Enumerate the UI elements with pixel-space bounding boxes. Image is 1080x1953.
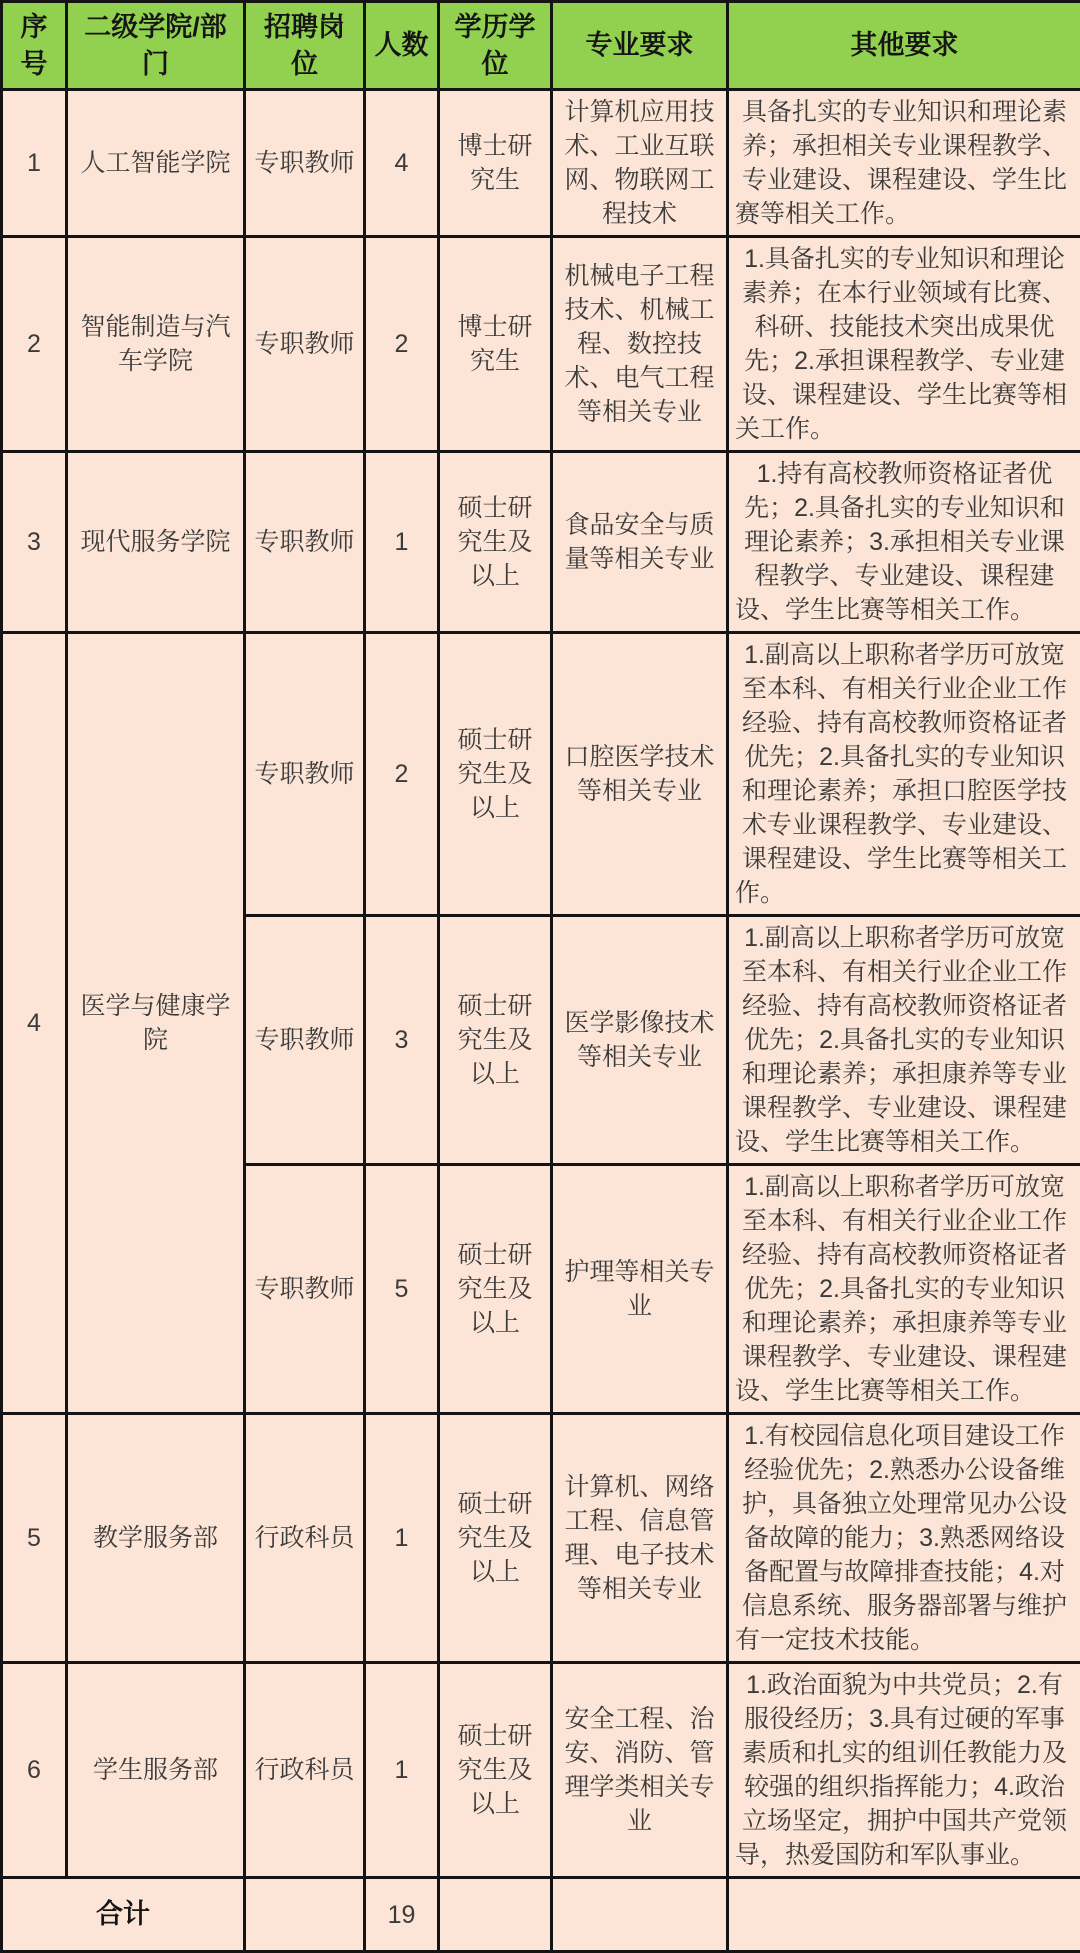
cell-degree: 博士研究生	[439, 90, 552, 237]
cell-major: 护理等相关专业	[552, 1165, 728, 1414]
total-label: 合计	[2, 1878, 245, 1952]
cell-post: 专职教师	[245, 90, 365, 237]
cell-count: 4	[365, 90, 439, 237]
cell-no: 3	[2, 452, 67, 633]
total-empty-major	[552, 1878, 728, 1952]
cell-count: 1	[365, 452, 439, 633]
cell-college: 学生服务部	[67, 1663, 245, 1878]
cell-no: 6	[2, 1663, 67, 1878]
cell-post: 专职教师	[245, 237, 365, 452]
col-header-degree: 学历学位	[439, 2, 552, 90]
cell-other: 1.副高以上职称者学历可放宽至本科、有相关行业企业工作经验、持有高校教师资格证者…	[728, 1165, 1080, 1414]
cell-other: 1.持有高校教师资格证者优先；2.具备扎实的专业知识和理论素养；3.承担相关专业…	[728, 452, 1080, 633]
cell-no: 1	[2, 90, 67, 237]
col-header-index: 序号	[2, 2, 67, 90]
cell-degree: 硕士研究生及以上	[439, 1414, 552, 1663]
cell-other: 具备扎实的专业知识和理论素养；承担相关专业课程教学、专业建设、课程建设、学生比赛…	[728, 90, 1080, 237]
table-row: 5 教学服务部 行政科员 1 硕士研究生及以上 计算机、网络工程、信息管理、电子…	[2, 1414, 1080, 1663]
cell-major: 安全工程、治安、消防、管理学类相关专业	[552, 1663, 728, 1878]
cell-degree: 博士研究生	[439, 237, 552, 452]
cell-college: 教学服务部	[67, 1414, 245, 1663]
cell-no: 2	[2, 237, 67, 452]
cell-major: 计算机应用技术、工业互联网、物联网工程技术	[552, 90, 728, 237]
cell-post: 行政科员	[245, 1414, 365, 1663]
cell-count: 1	[365, 1414, 439, 1663]
table-row: 2 智能制造与汽车学院 专职教师 2 博士研究生 机械电子工程技术、机械工程、数…	[2, 237, 1080, 452]
table-row: 4 医学与健康学院 专职教师 2 硕士研究生及以上 口腔医学技术等相关专业 1.…	[2, 633, 1080, 916]
col-header-other: 其他要求	[728, 2, 1080, 90]
cell-post: 专职教师	[245, 1165, 365, 1414]
cell-post: 行政科员	[245, 1663, 365, 1878]
table-row: 3 现代服务学院 专职教师 1 硕士研究生及以上 食品安全与质量等相关专业 1.…	[2, 452, 1080, 633]
cell-count: 2	[365, 633, 439, 916]
cell-college: 人工智能学院	[67, 90, 245, 237]
cell-count: 3	[365, 916, 439, 1165]
cell-count: 2	[365, 237, 439, 452]
cell-college: 现代服务学院	[67, 452, 245, 633]
col-header-post: 招聘岗位	[245, 2, 365, 90]
total-count: 19	[365, 1878, 439, 1952]
cell-degree: 硕士研究生及以上	[439, 633, 552, 916]
cell-major: 计算机、网络工程、信息管理、电子技术等相关专业	[552, 1414, 728, 1663]
cell-degree: 硕士研究生及以上	[439, 452, 552, 633]
cell-no: 5	[2, 1414, 67, 1663]
col-header-college: 二级学院/部门	[67, 2, 245, 90]
cell-count: 1	[365, 1663, 439, 1878]
cell-other: 1.具备扎实的专业知识和理论素养；在本行业领域有比赛、科研、技能技术突出成果优先…	[728, 237, 1080, 452]
cell-degree: 硕士研究生及以上	[439, 1663, 552, 1878]
cell-count: 5	[365, 1165, 439, 1414]
cell-post: 专职教师	[245, 916, 365, 1165]
header-row: 序号 二级学院/部门 招聘岗位 人数 学历学位 专业要求 其他要求	[2, 2, 1080, 90]
cell-degree: 硕士研究生及以上	[439, 916, 552, 1165]
col-header-count: 人数	[365, 2, 439, 90]
total-empty-degree	[439, 1878, 552, 1952]
cell-college: 智能制造与汽车学院	[67, 237, 245, 452]
cell-other: 1.政治面貌为中共党员；2.有服役经历；3.具有过硬的军事素质和扎实的组训任教能…	[728, 1663, 1080, 1878]
cell-degree: 硕士研究生及以上	[439, 1165, 552, 1414]
cell-post: 专职教师	[245, 452, 365, 633]
total-row: 合计 19	[2, 1878, 1080, 1952]
cell-post: 专职教师	[245, 633, 365, 916]
cell-other: 1.副高以上职称者学历可放宽至本科、有相关行业企业工作经验、持有高校教师资格证者…	[728, 916, 1080, 1165]
cell-other: 1.有校园信息化项目建设工作经验优先；2.熟悉办公设备维护，具备独立处理常见办公…	[728, 1414, 1080, 1663]
cell-no: 4	[2, 633, 67, 1414]
total-empty-other	[728, 1878, 1080, 1952]
recruitment-table: 序号 二级学院/部门 招聘岗位 人数 学历学位 专业要求 其他要求 1 人工智能…	[0, 0, 1080, 1953]
cell-other: 1.副高以上职称者学历可放宽至本科、有相关行业企业工作经验、持有高校教师资格证者…	[728, 633, 1080, 916]
table-row: 1 人工智能学院 专职教师 4 博士研究生 计算机应用技术、工业互联网、物联网工…	[2, 90, 1080, 237]
recruitment-sheet: 序号 二级学院/部门 招聘岗位 人数 学历学位 专业要求 其他要求 1 人工智能…	[0, 0, 1080, 1674]
cell-major: 机械电子工程技术、机械工程、数控技术、电气工程等相关专业	[552, 237, 728, 452]
cell-major: 医学影像技术等相关专业	[552, 916, 728, 1165]
cell-major: 食品安全与质量等相关专业	[552, 452, 728, 633]
col-header-major: 专业要求	[552, 2, 728, 90]
cell-college: 医学与健康学院	[67, 633, 245, 1414]
table-row: 6 学生服务部 行政科员 1 硕士研究生及以上 安全工程、治安、消防、管理学类相…	[2, 1663, 1080, 1878]
total-empty-post	[245, 1878, 365, 1952]
cell-major: 口腔医学技术等相关专业	[552, 633, 728, 916]
